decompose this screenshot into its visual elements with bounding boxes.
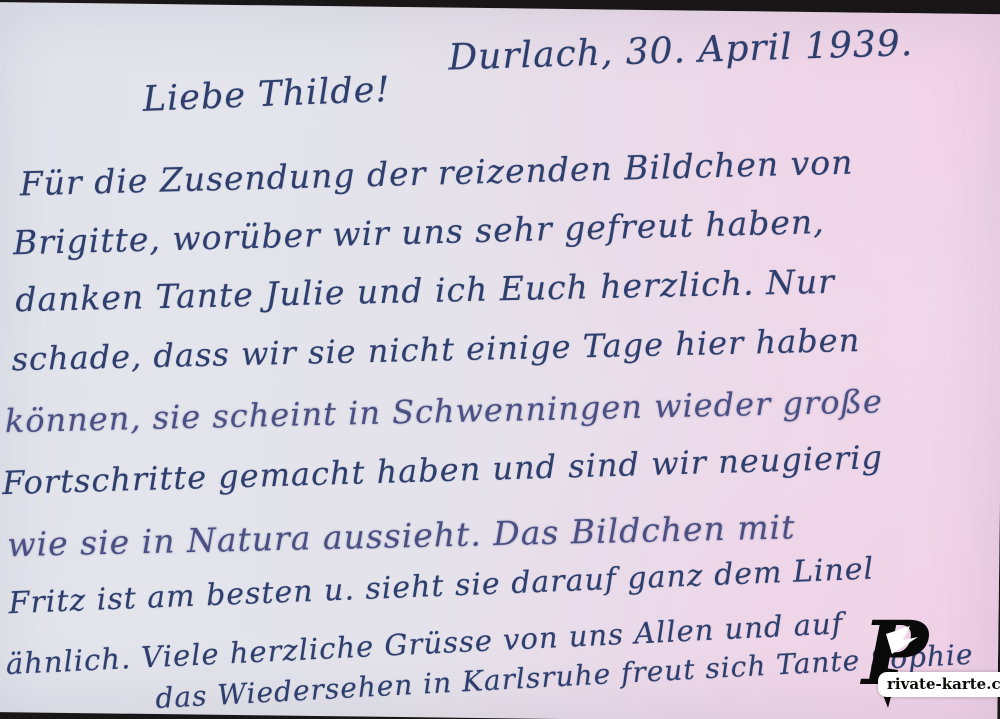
watermark: P rivate-karte.com	[852, 606, 1000, 719]
handwriting-line-1: Für die Zusendung der reizenden Bildchen…	[19, 143, 854, 204]
watermark-url-label: rivate-karte.com	[878, 672, 1000, 697]
handwriting-line-2: Brigitte, worüber wir uns sehr gefreut h…	[13, 202, 826, 262]
handwriting-line-7: wie sie in Natura aussieht. Das Bildchen…	[7, 507, 796, 564]
dateline: Durlach, 30. April 1939.	[448, 23, 914, 79]
handwriting-line-6: Fortschritte gemacht haben und sind wir …	[2, 438, 884, 502]
salutation: Liebe Thilde!	[142, 70, 391, 120]
handwriting-line-3: danken Tante Julie und ich Euch herzlich…	[15, 262, 835, 320]
handwriting-line-5: können, sie scheint in Schwenningen wied…	[4, 382, 883, 440]
postcard: Durlach, 30. April 1939. Liebe Thilde! F…	[0, 2, 1000, 719]
handwriting-line-4: schade, dass wir sie nicht einige Tage h…	[11, 321, 860, 378]
